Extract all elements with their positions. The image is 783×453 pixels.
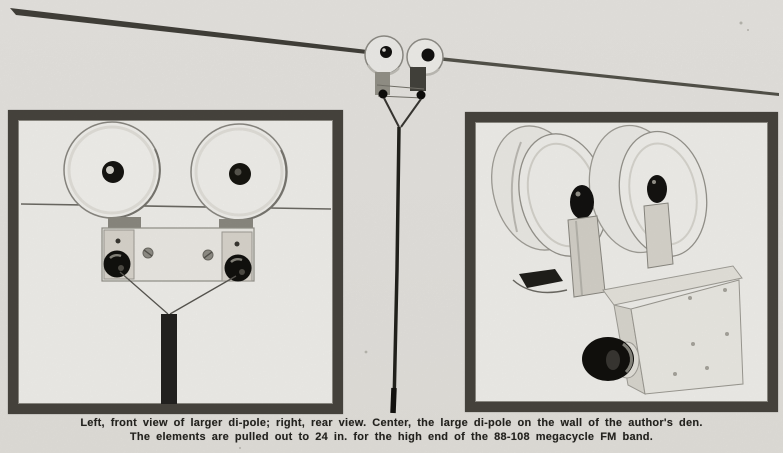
right-element-rod — [430, 56, 779, 96]
feed-line — [120, 272, 236, 404]
dipole-rod — [21, 204, 331, 209]
right-photo-frame — [465, 112, 778, 412]
left-photo-front-view-art — [18, 120, 333, 404]
caption-line-2: The elements are pulled out to 24 in. fo… — [0, 430, 783, 444]
caption-line-1: Left, front view of larger di-pole; righ… — [0, 416, 783, 430]
reel-shadow — [519, 269, 563, 288]
figure-caption: Left, front view of larger di-pole; righ… — [0, 416, 783, 444]
scanned-magazine-figure: Left, front view of larger di-pole; righ… — [0, 0, 783, 453]
twin-lead-feed-line — [384, 98, 421, 413]
mounting-plate — [102, 217, 254, 282]
wall-dipole-reels — [365, 36, 443, 75]
right-photo-rear-view-art — [475, 122, 768, 402]
left-element-rod — [10, 8, 376, 55]
connector-knob — [582, 337, 639, 381]
right-spool — [191, 124, 287, 220]
left-photo-frame — [8, 110, 343, 414]
left-spool — [64, 122, 160, 218]
